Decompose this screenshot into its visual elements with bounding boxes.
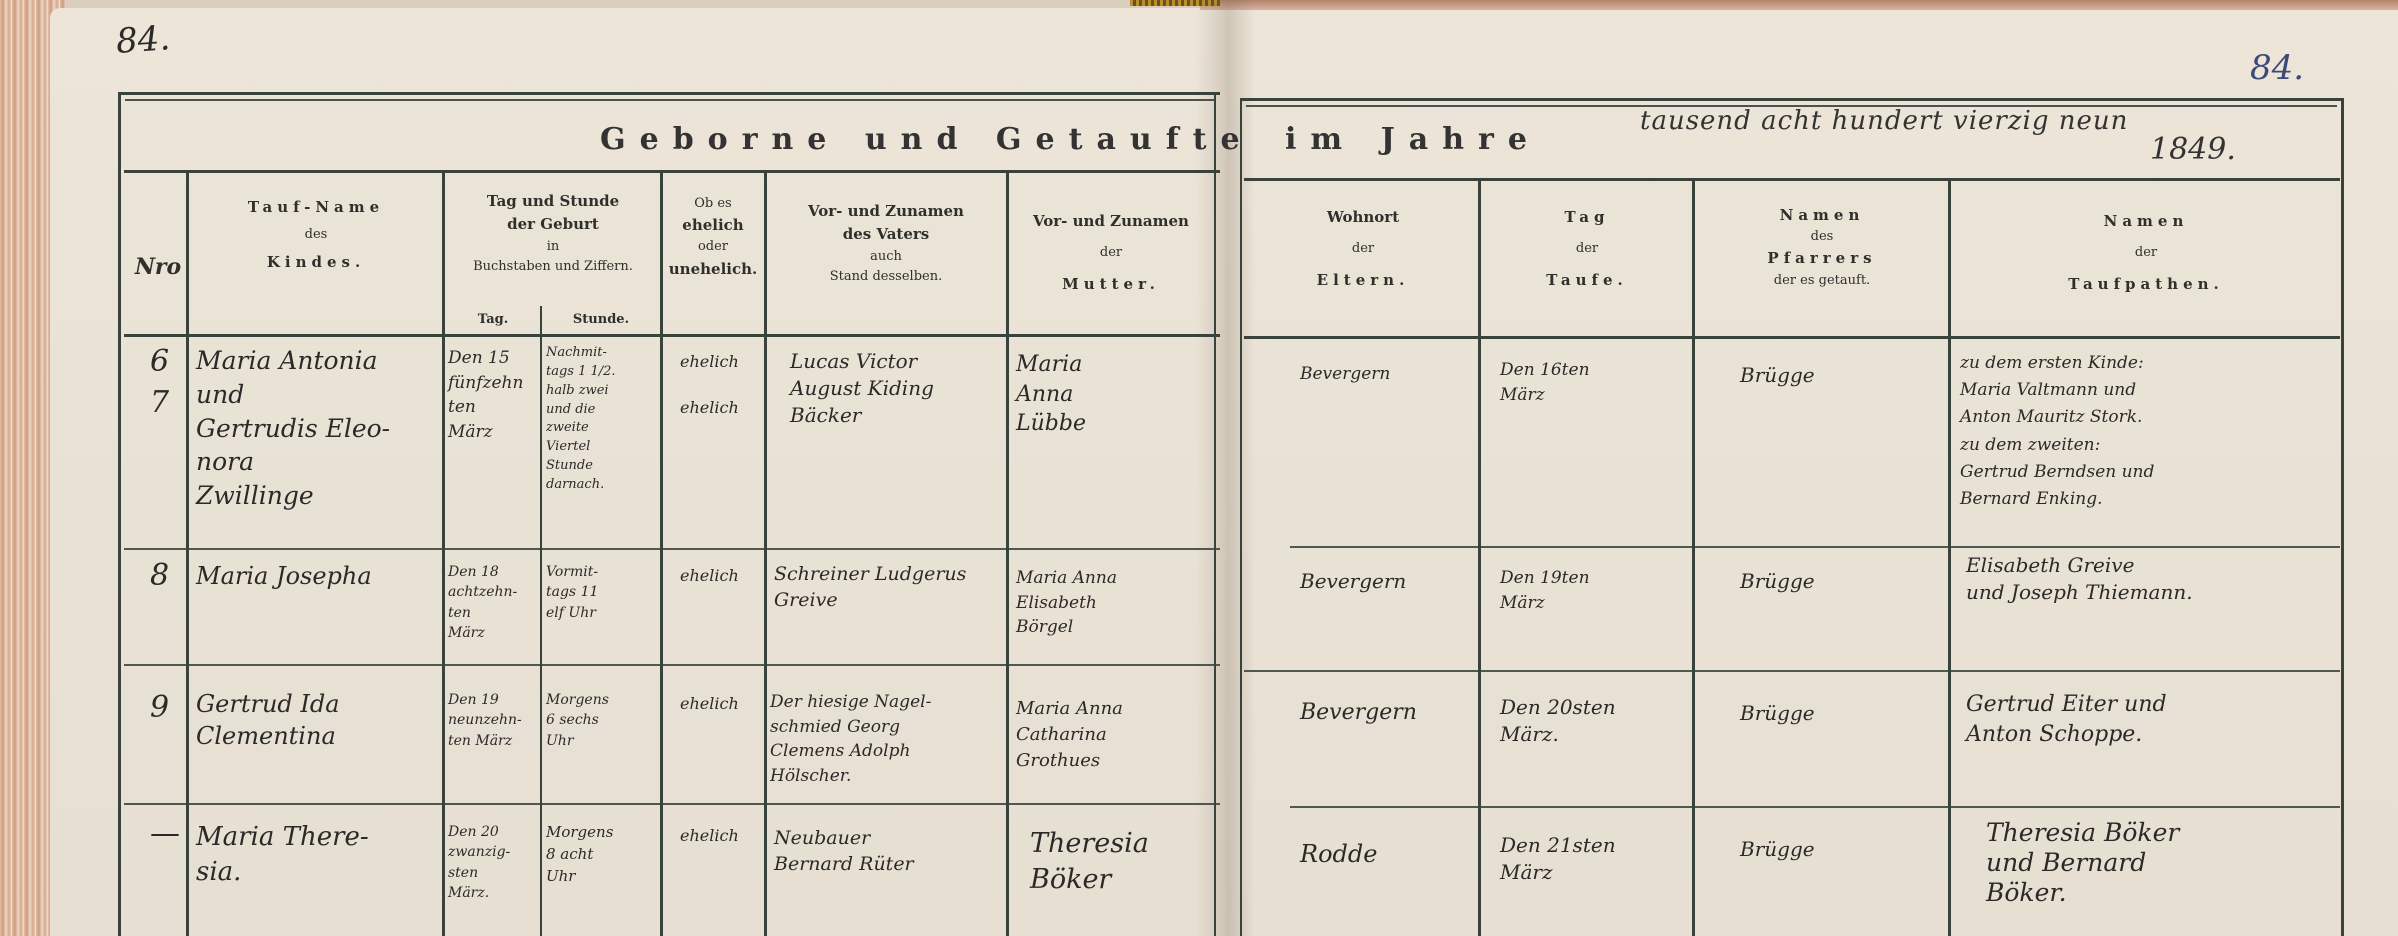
row-1-birth-day: Den 15 fünfzehn ten März: [448, 346, 540, 445]
row-4-mother: Theresia Böker: [1030, 826, 1214, 899]
header-top-rule-right: [1244, 178, 2340, 181]
col-divider-day-hour: [540, 306, 542, 936]
row-1-mother: Maria Anna Lübbe: [1016, 350, 1214, 439]
register-title-left: Geborne und Getaufte: [600, 122, 1254, 157]
row-3-child-name: Gertrud Ida Clementina: [196, 688, 442, 753]
header-bottom-rule-right: [1244, 336, 2340, 339]
header-top-rule-left: [124, 170, 1220, 173]
col-divider-priest: [1948, 180, 1951, 936]
row-4-father: Neubauer Bernard Rüter: [774, 826, 1006, 877]
row-2-number: 8: [150, 556, 169, 597]
row-1-child-name: Maria Antonia und Gertrudis Eleo- nora Z…: [196, 344, 442, 513]
col-divider-residence: [1478, 180, 1481, 936]
row-1-father: Lucas Victor August Kiding Bäcker: [790, 348, 1006, 429]
header-legitimacy: Ob es ehelich oder unehelich.: [662, 194, 764, 281]
row-4-birth-day: Den 20 zwanzig- sten März.: [448, 822, 540, 903]
row-1-godparents: zu dem ersten Kinde: Maria Valtmann und …: [1960, 350, 2340, 513]
row-1-residence: Bevergern: [1300, 362, 1478, 387]
row-2-mother: Maria Anna Elisabeth Börgel: [1016, 566, 1214, 640]
row-2-priest: Brügge: [1740, 568, 1948, 595]
row-divider-1-right: [1290, 546, 2340, 548]
row-3-residence: Bevergern: [1300, 698, 1478, 728]
header-priest: Namen des Pfarrers der es getauft.: [1696, 204, 1948, 291]
header-residence: Wohnort der Eltern.: [1248, 206, 1478, 293]
folio-number-right: 84.: [2250, 48, 2304, 88]
register-title-right-label: im Jahre: [1285, 122, 1541, 157]
row-2-godparents: Elisabeth Greive und Joseph Thiemann.: [1966, 552, 2346, 606]
row-3-number: 9: [150, 688, 169, 729]
folio-number-left: 84.: [115, 18, 172, 62]
header-father: Vor- und Zunamen des Vaters auch Stand d…: [766, 200, 1006, 287]
row-divider-3-left: [124, 803, 1220, 805]
row-3-mother: Maria Anna Catharina Grothues: [1016, 696, 1214, 774]
row-3-birth-hour: Morgens 6 sechs Uhr: [546, 690, 660, 751]
row-4-birth-hour: Morgens 8 acht Uhr: [546, 822, 660, 887]
row-4-number: —: [150, 814, 180, 855]
header-birth-hour: Stunde.: [542, 310, 660, 330]
row-2-father: Schreiner Ludgerus Greive: [774, 562, 1006, 613]
row-divider-3-right: [1290, 806, 2340, 808]
row-divider-1-left: [124, 548, 1220, 550]
row-4-legitimacy: ehelich: [680, 824, 764, 847]
header-no: Nro: [130, 250, 186, 284]
col-divider-child: [442, 172, 445, 936]
row-1-birth-hour: Nachmit- tags 1 1/2. halb zwei und die z…: [546, 344, 660, 495]
row-3-godparents: Gertrud Eiter und Anton Schoppe.: [1966, 690, 2346, 749]
row-divider-2-right: [1244, 670, 2340, 672]
row-2-baptism-day: Den 19ten März: [1500, 566, 1692, 615]
row-1-baptism-day: Den 16ten März: [1500, 358, 1692, 407]
row-2-residence: Bevergern: [1300, 568, 1478, 595]
header-godparents: Namen der Taufpathen.: [1952, 210, 2340, 297]
header-bottom-rule-left: [124, 334, 1220, 337]
col-divider-birth: [660, 172, 663, 936]
row-2-legitimacy: ehelich: [680, 564, 764, 587]
row-4-godparents: Theresia Böker und Bernard Böker.: [1986, 818, 2346, 908]
row-3-priest: Brügge: [1740, 700, 1948, 727]
right-page-top-edge: [1200, 0, 2398, 10]
row-3-birth-day: Den 19 neunzehn- ten März: [448, 690, 540, 751]
row-1-number: 6 7: [150, 342, 169, 423]
row-1-priest: Brügge: [1740, 362, 1948, 389]
row-2-birth-day: Den 18 achtzehn- ten März: [448, 562, 540, 643]
row-3-father: Der hiesige Nagel- schmied Georg Clemens…: [770, 690, 1006, 789]
header-mother: Vor- und Zunamen der Mutter.: [1008, 210, 1214, 297]
col-divider-no: [186, 172, 189, 936]
header-birth-day: Tag.: [446, 310, 540, 330]
header-baptism-day: Tag der Taufe.: [1482, 206, 1692, 293]
frame-right-edge-left-page: [1214, 92, 1216, 936]
row-4-residence: Rodde: [1300, 838, 1478, 870]
row-2-birth-hour: Vormit- tags 11 elf Uhr: [546, 562, 660, 623]
header-child-name: Tauf-Name des Kindes.: [190, 196, 442, 275]
row-4-priest: Brügge: [1740, 836, 1948, 863]
header-birth: Tag und Stunde der Geburt in Buchstaben …: [446, 190, 660, 277]
row-3-baptism-day: Den 20sten März.: [1500, 694, 1692, 748]
register-year: 1849.: [2150, 132, 2236, 167]
row-divider-2-left: [124, 664, 1220, 666]
row-4-baptism-day: Den 21sten März: [1500, 832, 1692, 886]
row-1-legitimacy: ehelich ehelich: [680, 350, 764, 420]
col-divider-baptism-day: [1692, 180, 1695, 936]
row-3-legitimacy: ehelich: [680, 692, 764, 715]
row-2-child-name: Maria Josepha: [196, 560, 442, 592]
register-year-handwritten: tausend acht hundert vierzig neun: [1640, 106, 2128, 136]
row-4-child-name: Maria There- sia.: [196, 820, 442, 890]
